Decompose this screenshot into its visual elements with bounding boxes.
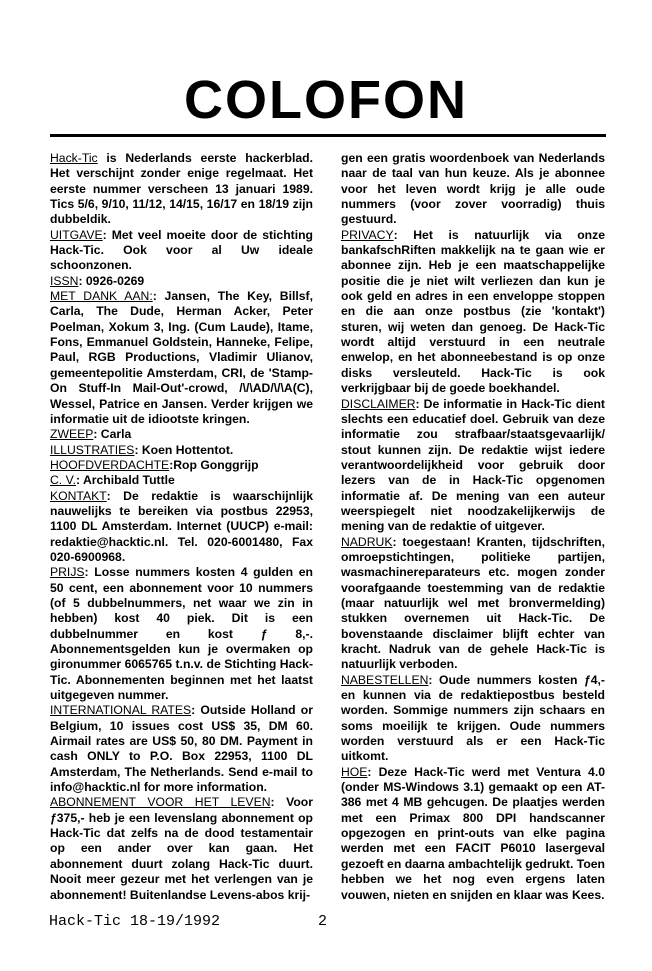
section-nabestellen: NABESTELLEN: Oude nummers kosten ƒ4,- en… — [341, 673, 605, 765]
section-nadruk: NADRUK: toegestaan! Kranten, tijdschrift… — [341, 535, 605, 673]
page-number: 2 — [318, 913, 327, 931]
section-label: PRIVACY — [341, 228, 394, 242]
left-column: Hack-Tic is Nederlands eerste hackerblad… — [50, 151, 313, 903]
section-label: INTERNATIONAL RATES — [50, 703, 191, 717]
section-text: :Rop Gonggrijp — [169, 458, 258, 472]
section-hoe: HOE: Deze Hack-Tic werd met Ventura 4.0 … — [341, 765, 605, 903]
section-text: : Carla — [93, 427, 131, 441]
section-label: HOE — [341, 765, 367, 779]
section-label: NADRUK — [341, 535, 392, 549]
section-cv: C. V.: Archibald Tuttle — [50, 473, 313, 488]
section-text: : Deze Hack-Tic werd met Ventura 4.0 (on… — [341, 765, 605, 902]
section-abonnement-leven: ABONNEMENT VOOR HET LEVEN: Voor ƒ375,- h… — [50, 795, 313, 902]
section-illustraties: ILLUSTRATIES: Koen Hottentot. — [50, 443, 313, 458]
section-prijs: PRIJS: Losse nummers kosten 4 gulden en … — [50, 565, 313, 703]
section-label: UITGAVE — [50, 228, 103, 242]
footer-publication: Hack-Tic 18-19/1992 — [49, 913, 220, 931]
section-intro: Hack-Tic is Nederlands eerste hackerblad… — [50, 151, 313, 228]
section-privacy: PRIVACY: Het is natuurlijk via onze bank… — [341, 228, 605, 397]
section-text: : Losse nummers kosten 4 gulden en 50 ce… — [50, 565, 313, 702]
section-continuation: gen een gratis woordenboek van Nederland… — [341, 151, 605, 228]
section-label: NABESTELLEN — [341, 673, 428, 687]
section-text: : toegestaan! Kranten, tijdschriften, om… — [341, 535, 605, 672]
section-text: : Het is natuurlijk via onze bankafschRi… — [341, 228, 605, 395]
section-text: : Voor ƒ375,- heb je een levenslang abon… — [50, 795, 313, 901]
section-label: ILLUSTRATIES — [50, 443, 134, 457]
section-text: : 0926-0269 — [78, 274, 144, 288]
section-label: HOOFDVERDACHTE — [50, 458, 169, 472]
title-divider — [50, 134, 606, 137]
section-label: ISSN — [50, 274, 78, 288]
section-international-rates: INTERNATIONAL RATES: Outside Holland or … — [50, 703, 313, 795]
section-text: : De informatie in Hack-Tic dient slecht… — [341, 397, 605, 534]
section-text: gen een gratis woordenboek van Nederland… — [341, 151, 605, 226]
section-text: : Archibald Tuttle — [76, 473, 175, 487]
section-label: C. V. — [50, 473, 76, 487]
section-label: ABONNEMENT VOOR HET LEVEN — [50, 795, 271, 809]
section-text: : Koen Hottentot. — [134, 443, 233, 457]
section-uitgave: UITGAVE: Met veel moeite door de stichti… — [50, 228, 313, 274]
section-disclaimer: DISCLAIMER: De informatie in Hack-Tic di… — [341, 397, 605, 535]
section-hoofdverdachte: HOOFDVERDACHTE:Rop Gonggrijp — [50, 458, 313, 473]
right-column: gen een gratis woordenboek van Nederland… — [341, 151, 605, 903]
section-label: MET DANK AAN: — [50, 289, 153, 303]
section-label: ZWEEP — [50, 427, 93, 441]
section-issn: ISSN: 0926-0269 — [50, 274, 313, 289]
section-zweep: ZWEEP: Carla — [50, 427, 313, 442]
section-label: Hack-Tic — [50, 151, 98, 165]
section-met-dank-aan: MET DANK AAN:: Jansen, The Key, Billsf, … — [50, 289, 313, 427]
section-kontakt: KONTAKT: De redaktie is waarschijnlijk n… — [50, 489, 313, 566]
section-text: : Jansen, The Key, Billsf, Carla, The Du… — [50, 289, 313, 426]
section-label: KONTAKT — [50, 489, 107, 503]
section-label: DISCLAIMER — [341, 397, 416, 411]
section-label: PRIJS — [50, 565, 85, 579]
page-title: COLOFON — [0, 72, 652, 128]
